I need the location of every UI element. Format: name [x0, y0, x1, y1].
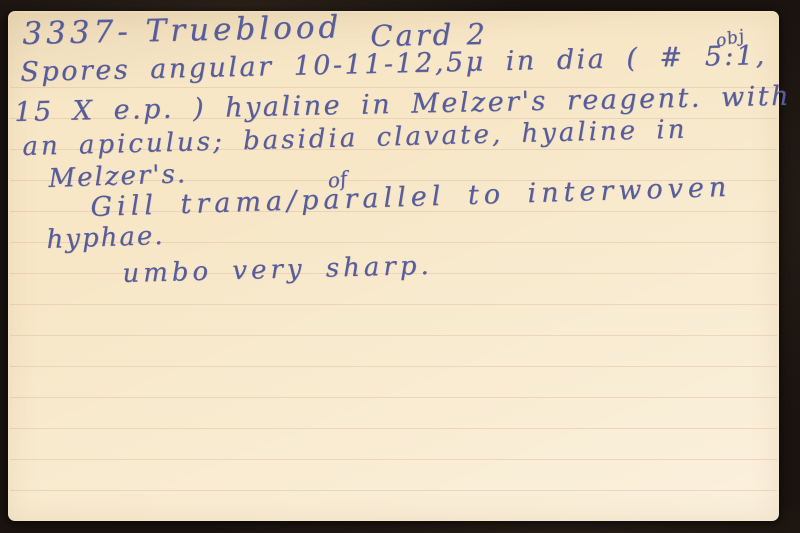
index-card: 3337- Trueblood Card 2 obj Spores angula…	[8, 11, 779, 521]
handwriting-line-umbo: umbo very sharp.	[122, 251, 433, 289]
scanned-photo-background: 3337- Trueblood Card 2 obj Spores angula…	[0, 0, 800, 533]
handwriting-line-hyphae: hyphae.	[46, 221, 165, 255]
collection-number-and-name: 3337- Trueblood	[22, 9, 343, 52]
